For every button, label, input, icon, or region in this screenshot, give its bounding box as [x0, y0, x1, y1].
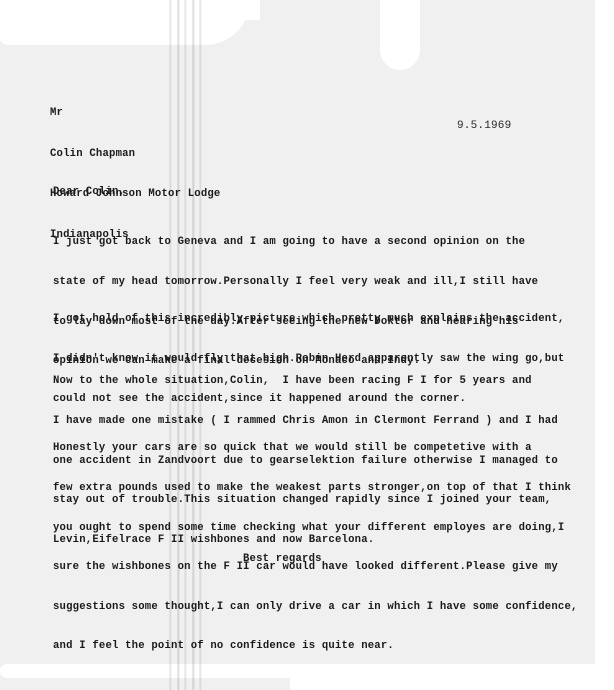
closing: Best regards	[243, 553, 322, 566]
text-line: I just got back to Geneva and I am going…	[53, 236, 538, 249]
recipient-line: Colin Chapman	[50, 148, 221, 162]
text-line: I got hold of this incredibly picture wh…	[53, 313, 564, 326]
text-line: Now to the whole situation,Colin, I have…	[53, 375, 558, 388]
paragraph: Honestly your cars are so quick that we …	[53, 416, 578, 680]
text-line: and I feel the point of no confidence is…	[53, 640, 578, 653]
letter-page: Mr Colin Chapman Howard Johnson Motor Lo…	[0, 0, 614, 690]
paper-edge	[595, 0, 614, 690]
text-line: Honestly your cars are so quick that we …	[53, 442, 578, 455]
salutation: Dear Colin,	[53, 186, 125, 199]
text-line: you ought to spend some time checking wh…	[53, 522, 578, 535]
text-line: suggestions some thought,I can only driv…	[53, 601, 578, 614]
text-line: few extra pounds used to make the weakes…	[53, 482, 578, 495]
recipient-line: Mr	[50, 107, 221, 121]
paper-wear-mark	[380, 0, 420, 70]
letter-date: 9.5.1969	[457, 120, 511, 133]
